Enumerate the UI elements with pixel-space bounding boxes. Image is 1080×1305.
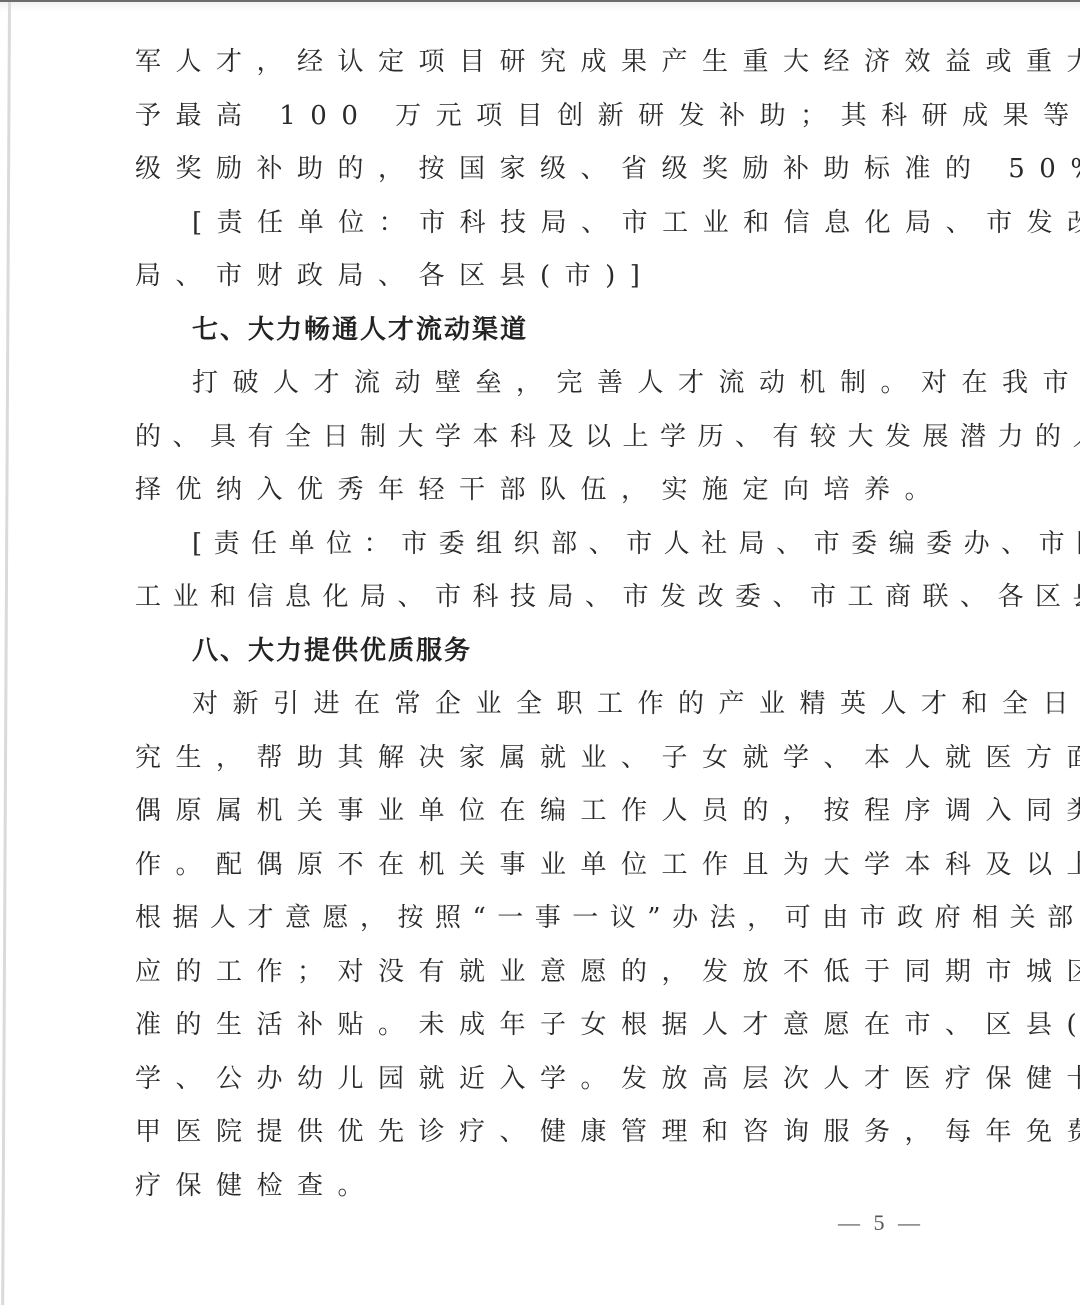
responsibility-line: [责任单位：市委组织部、市人社局、市委编委办、市国资委、市: [135, 518, 957, 572]
body-line: 军人才，经认定项目研究成果产生重大经济效益或重大影响的，给: [135, 36, 957, 90]
body-line: 作。配偶原不在机关事业单位工作且为大学本科及以上学历的，: [135, 839, 957, 893]
body-line: 择优纳入优秀年轻干部队伍，实施定向培养。: [135, 464, 957, 518]
body-line: 偶原属机关事业单位在编工作人员的，按程序调入同类型单位工: [135, 785, 957, 839]
scan-left-edge: [1, 2, 11, 1305]
section-heading-8: 八、大力提供优质服务: [135, 625, 957, 679]
body-line: 根据人才意愿，按照“一事一议”办法，可由市政府相关部门安排相: [135, 892, 957, 946]
body-line: 疗保健检查。: [135, 1160, 957, 1214]
body-line: 甲医院提供优先诊疗、健康管理和咨询服务，每年免费提供一次医: [135, 1106, 957, 1160]
body-line: 级奖励补助的，按国家级、省级奖励补助标准的 50%进行配套。: [135, 143, 957, 197]
body-line: 准的生活补贴。未成年子女根据人才意愿在市、区县(市)属中小: [135, 999, 957, 1053]
body-line: 对新引进在常企业全职工作的产业精英人才和全日制博士研: [135, 678, 957, 732]
document-page: 军人才，经认定项目研究成果产生重大经济效益或重大影响的，给 予最高 100 万元…: [135, 36, 957, 1213]
responsibility-line: 局、市财政局、各区县(市)]: [135, 250, 957, 304]
page-number: — 5 —: [838, 1210, 924, 1236]
body-line: 应的工作；对没有就业意愿的，发放不低于同期市城区最低工资标: [135, 946, 957, 1000]
body-line: 予最高 100 万元项目创新研发补助；其科研成果等获得国家级、省: [135, 90, 957, 144]
scan-top-shadow: [0, 2, 1080, 12]
body-line: 学、公办幼儿园就近入学。发放高层次人才医疗保健卡，由市属三: [135, 1053, 957, 1107]
responsibility-line: 工业和信息化局、市科技局、市发改委、市工商联、各区县(市)]: [135, 571, 957, 625]
body-line: 打破人才流动壁垒，完善人才流动机制。对在我市企业工作: [135, 357, 957, 411]
body-line: 的、具有全日制大学本科及以上学历、有较大发展潜力的人才，可: [135, 411, 957, 465]
section-heading-7: 七、大力畅通人才流动渠道: [135, 304, 957, 358]
responsibility-line: [责任单位：市科技局、市工业和信息化局、市发改委、市人社: [135, 197, 957, 251]
body-line: 究生，帮助其解决家属就业、子女就学、本人就医方面的困难。配: [135, 732, 957, 786]
